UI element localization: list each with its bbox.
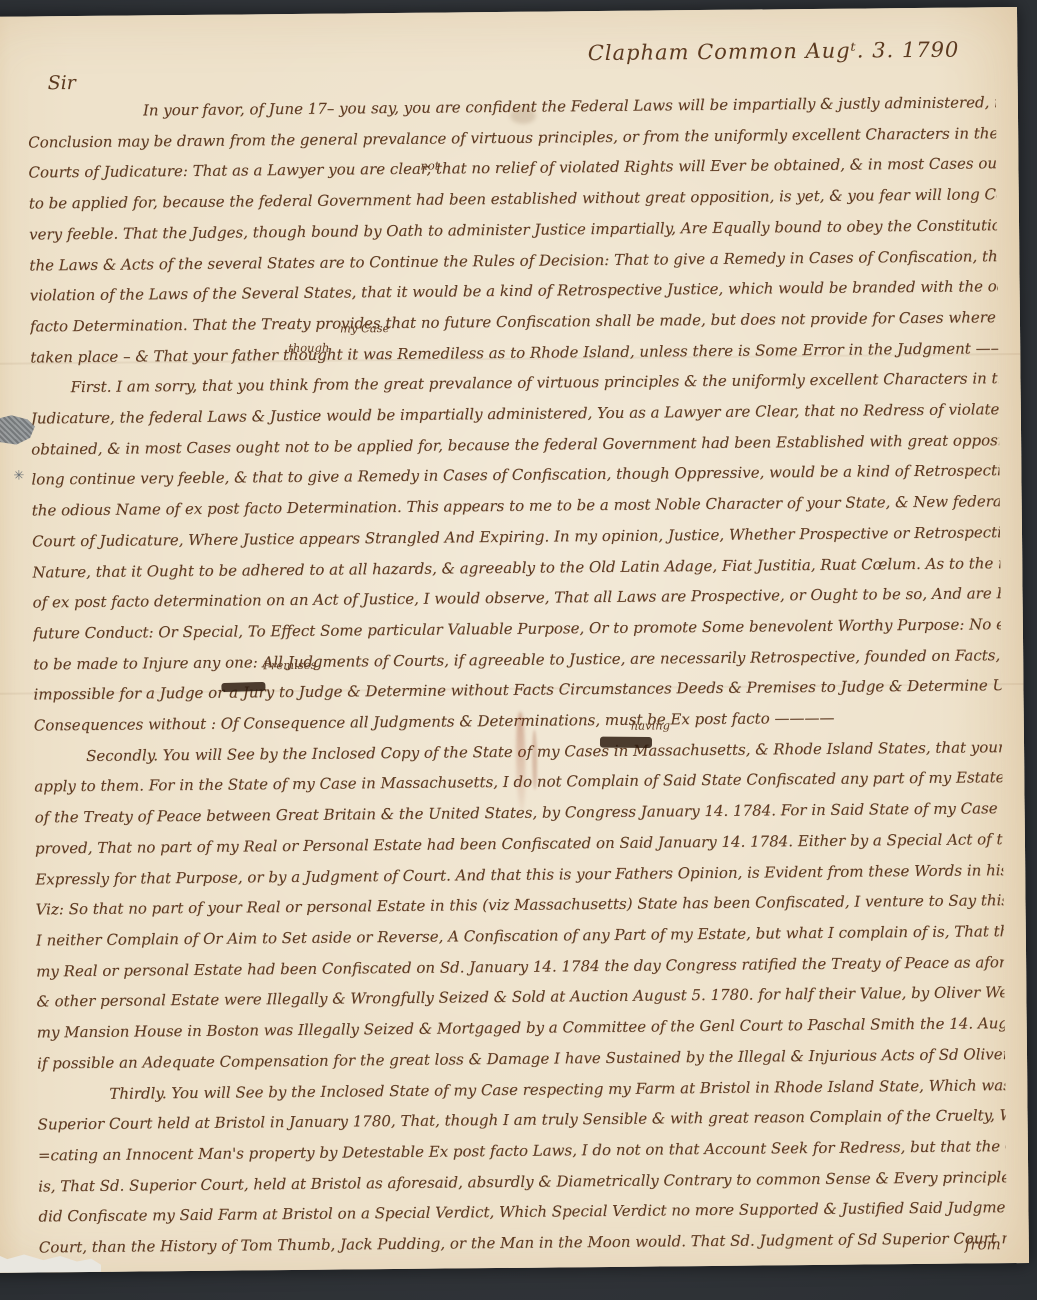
salutation: Sir (48, 72, 76, 94)
catchword: from (965, 1235, 1001, 1253)
dateline: Clapham Common Augᵗ. 3. 1790 (588, 38, 960, 66)
interlinear-insertion: my Case (340, 321, 390, 335)
tape-repair-mark (0, 414, 35, 445)
margin-year-note: 1790 (0, 566, 5, 625)
letter-page: Clapham Common Augᵗ. 3. 1790 Sir In your… (0, 7, 1029, 1273)
interlinear-insertion: Premises (263, 658, 316, 673)
interlinear-insertion: not (420, 159, 439, 173)
letter-body: In your favor, of June 17– you say, you … (28, 87, 1007, 1263)
scribbled-out-word (221, 682, 265, 692)
scan-background: Clapham Common Augᵗ. 3. 1790 Sir In your… (0, 0, 1037, 1300)
small-margin-mark: ✳ (13, 469, 25, 481)
interlinear-insertion: having (631, 718, 670, 732)
scribbled-out-word (600, 737, 652, 748)
interlinear-insertion: though (288, 341, 329, 355)
